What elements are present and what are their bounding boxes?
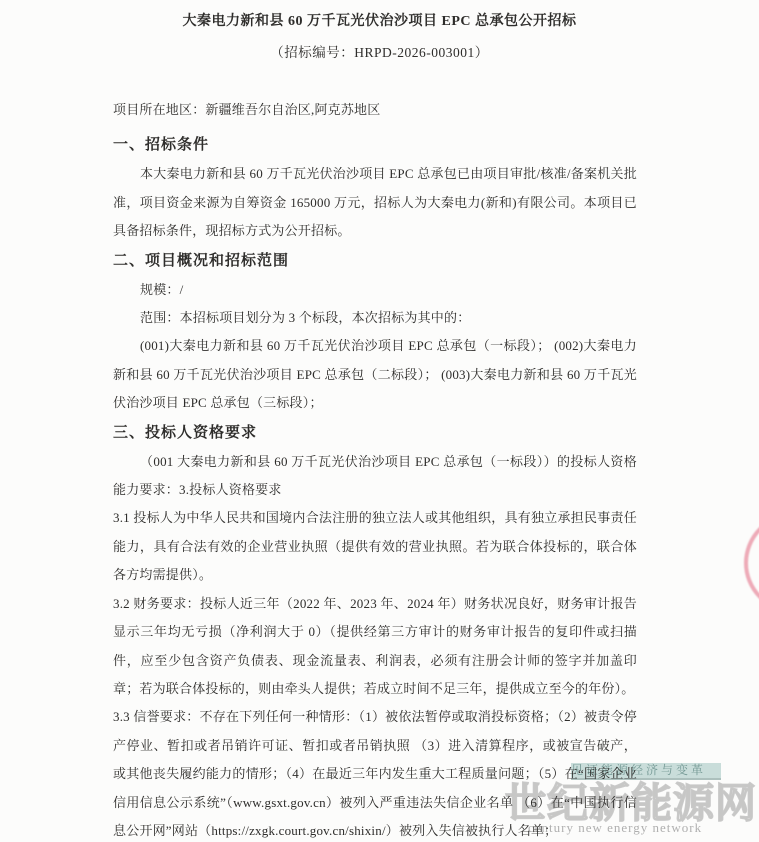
paragraph-scale: 规模：/ (113, 276, 637, 304)
paragraph-qualification-3-3: 3.3 信誉要求：不存在下列任何一种情形：（1）被依法暂停或取消投标资格；（2）… (113, 703, 637, 842)
document-body: 项目所在地区：新疆维吾尔自治区,阿克苏地区 一、招标条件 本大秦电力新和县 60… (0, 96, 759, 842)
section-heading-bidder-qualifications: 三、投标人资格要求 (113, 418, 637, 448)
document-page: 见证能源经济与变革 世纪新能源网 century new energy netw… (0, 0, 759, 842)
project-region-line: 项目所在地区：新疆维吾尔自治区,阿克苏地区 (113, 96, 637, 124)
section-heading-bidding-conditions: 一、招标条件 (113, 130, 637, 160)
paragraph-qualification-3-1: 3.1 投标人为中华人民共和国境内合法注册的独立法人或其他组织，具有独立承担民事… (113, 504, 637, 589)
paragraph-qualification-3-2: 3.2 财务要求：投标人近三年（2022 年、2023 年、2024 年）财务状… (113, 590, 637, 704)
tender-number-line: （招标编号：HRPD-2026-003001） (0, 45, 759, 60)
section-heading-project-overview: 二、项目概况和招标范围 (113, 246, 637, 276)
paragraph-scope: 范围：本招标项目划分为 3 个标段，本次招标为其中的： (113, 304, 637, 332)
paragraph-bidding-conditions: 本大秦电力新和县 60 万千瓦光伏治沙项目 EPC 总承包已由项目审批/核准/备… (113, 160, 637, 245)
paragraph-qualification-intro: （001 大秦电力新和县 60 万千瓦光伏治沙项目 EPC 总承包（一标段））的… (113, 448, 637, 505)
document-content: 大秦电力新和县 60 万千瓦光伏治沙项目 EPC 总承包公开招标 （招标编号：H… (0, 14, 759, 842)
paragraph-lots: (001)大秦电力新和县 60 万千瓦光伏治沙项目 EPC 总承包（一标段）； … (113, 332, 637, 417)
document-title: 大秦电力新和县 60 万千瓦光伏治沙项目 EPC 总承包公开招标 (0, 14, 759, 30)
